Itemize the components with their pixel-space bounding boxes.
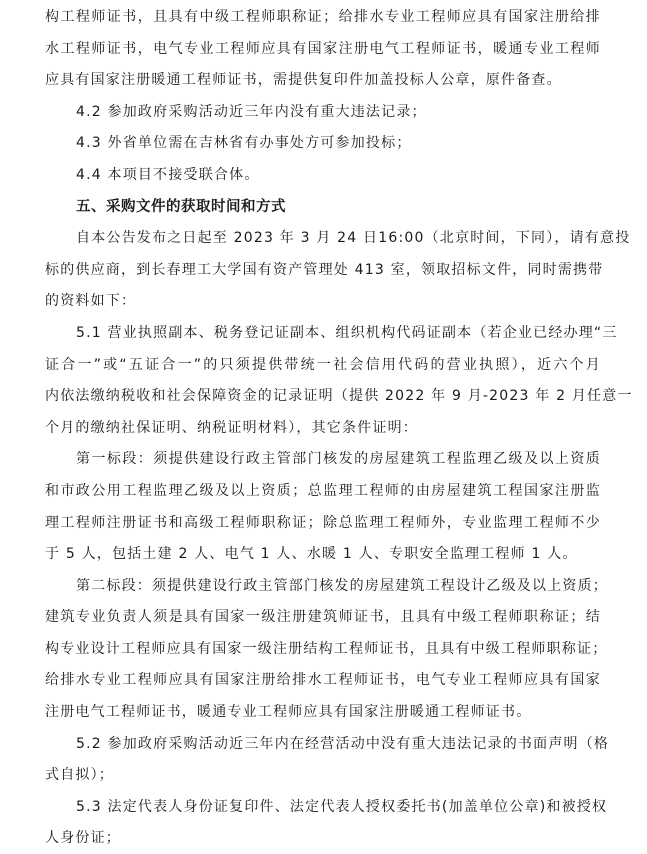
paragraph-5-3: 5.3 法定代表人身份证复印件、法定代表人授权委托书(加盖单位公章)和被授权 人… [45,792,601,854]
text-line: 和市政公用工程监理乙级及以上资质；总监理工程师的由房屋建筑工程国家注册监 [45,476,601,508]
section-title: 五、采购文件的获取时间和方式 [45,192,601,224]
paragraph-lot-2: 第二标段：须提供建设行政主管部门核发的房屋建筑工程设计乙级及以上资质； 建筑专业… [45,571,601,729]
text-line: 式自拟）； [45,760,601,792]
paragraph-qualification-tail: 构工程师证书，且具有中级工程师职称证；给排水专业工程师应具有国家注册给排 水工程… [45,2,601,97]
text-line: 给排水专业工程师应具有国家注册给排水工程师证书，电气专业工程师应具有国家 [45,665,601,697]
text-line: 5.1 营业执照副本、税务登记证副本、组织机构代码证副本（若企业已经办理“三 [45,318,601,350]
section-heading-5: 五、采购文件的获取时间和方式 [45,192,601,224]
text-line: 构专业设计工程师应具有国家一级注册结构工程师证书，且具有中级工程师职称证； [45,634,601,666]
text-line: 应具有国家注册暖通工程师证书，需提供复印件加盖投标人公章，原件备查。 [45,65,601,97]
paragraph-section-5-intro: 自本公告发布之日起至 2023 年 3 月 24 日16:00（北京时间，下同）… [45,223,601,318]
text-line: 5.2 参加政府采购活动近三年内在经营活动中没有重大违法记录的书面声明（格 [45,729,601,761]
paragraph-4-2: 4.2 参加政府采购活动近三年内没有重大违法记录； [45,97,601,129]
text-line: 建筑专业负责人须是具有国家一级注册建筑师证书，且具有中级工程师职称证；结 [45,602,601,634]
text-line: 个月的缴纳社保证明、纳税证明材料），其它条件证明： [45,413,601,445]
text-line: 人身份证； [45,823,601,854]
text-line: 于 5 人，包括土建 2 人、电气 1 人、水暖 1 人、专职安全监理工程师 1… [45,539,601,571]
paragraph-4-3: 4.3 外省单位需在吉林省有办事处方可参加投标； [45,128,601,160]
text-line: 构工程师证书，且具有中级工程师职称证；给排水专业工程师应具有国家注册给排 [45,2,601,34]
text-line: 标的供应商，到长春理工大学国有资产管理处 413 室，领取招标文件，同时需携带 [45,255,601,287]
text-line: 的资料如下： [45,286,601,318]
text-line: 4.4 本项目不接受联合体。 [45,160,601,192]
text-line: 水工程师证书，电气专业工程师应具有国家注册电气工程师证书，暖通专业工程师 [45,34,601,66]
text-line: 4.2 参加政府采购活动近三年内没有重大违法记录； [45,97,601,129]
text-line: 第二标段：须提供建设行政主管部门核发的房屋建筑工程设计乙级及以上资质； [45,571,601,603]
text-line: 内依法缴纳税收和社会保障资金的记录证明（提供 2022 年 9 月-2023 年… [45,381,601,413]
text-line: 证合一”或“五证合一”的只须提供带统一社会信用代码的营业执照），近六个月 [45,350,601,382]
paragraph-lot-1: 第一标段：须提供建设行政主管部门核发的房屋建筑工程监理乙级及以上资质 和市政公用… [45,444,601,570]
text-line: 5.3 法定代表人身份证复印件、法定代表人授权委托书(加盖单位公章)和被授权 [45,792,601,824]
text-line: 注册电气工程师证书，暖通专业工程师应具有国家注册暖通工程师证书。 [45,697,601,729]
text-line: 4.3 外省单位需在吉林省有办事处方可参加投标； [45,128,601,160]
paragraph-5-1: 5.1 营业执照副本、税务登记证副本、组织机构代码证副本（若企业已经办理“三 证… [45,318,601,444]
text-line: 理工程师注册证书和高级工程师职称证；除总监理工程师外，专业监理工程师不少 [45,508,601,540]
paragraph-5-2: 5.2 参加政府采购活动近三年内在经营活动中没有重大违法记录的书面声明（格 式自… [45,729,601,792]
paragraph-4-4: 4.4 本项目不接受联合体。 [45,160,601,192]
document-page: 构工程师证书，且具有中级工程师职称证；给排水专业工程师应具有国家注册给排 水工程… [45,2,601,854]
text-line: 自本公告发布之日起至 2023 年 3 月 24 日16:00（北京时间，下同）… [45,223,601,255]
text-line: 第一标段：须提供建设行政主管部门核发的房屋建筑工程监理乙级及以上资质 [45,444,601,476]
